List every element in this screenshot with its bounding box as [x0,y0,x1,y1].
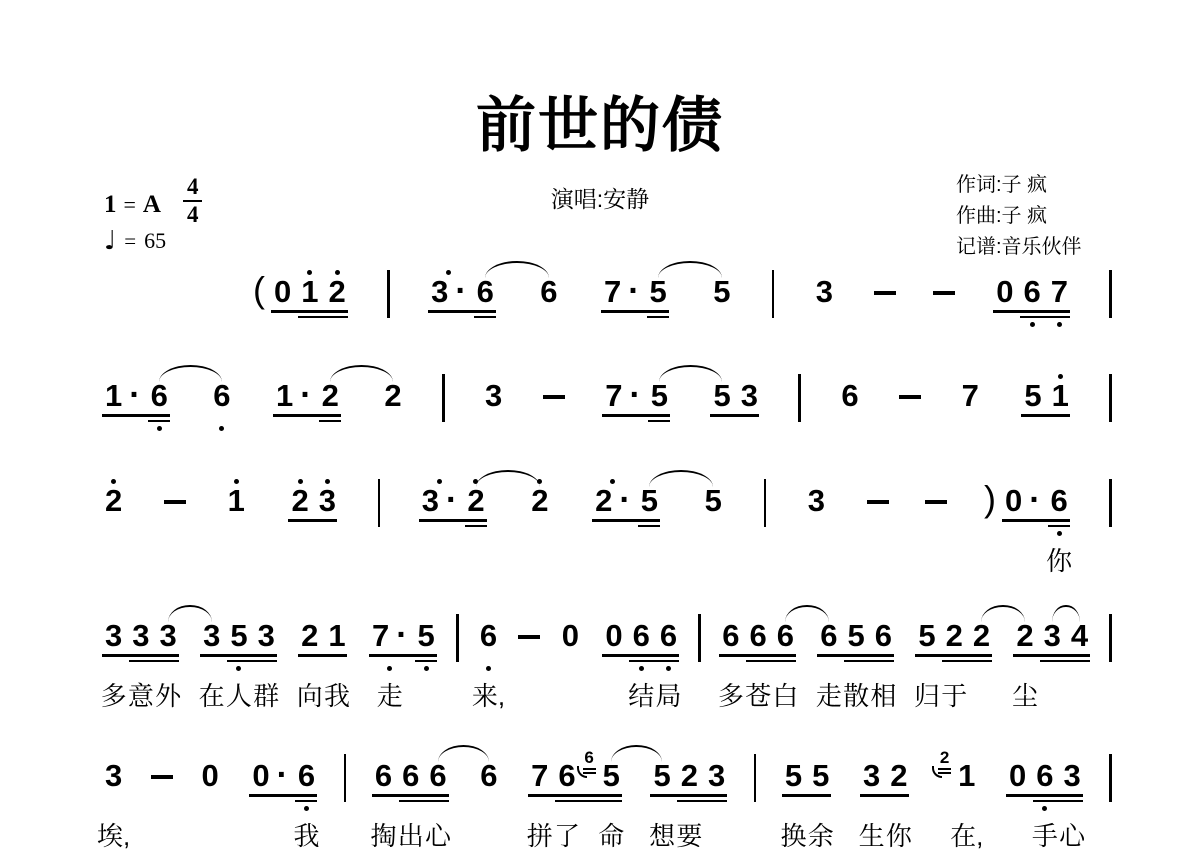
music-line: (0123·667·553067 [253,266,1112,331]
lyric: 于 [941,676,967,713]
beam-underline [369,654,437,657]
beam-underline [298,654,347,657]
note: 3心 [1059,750,1086,815]
note: 3 [703,750,730,815]
beam-underline [844,660,894,663]
beam-underline [1033,800,1083,803]
beam-underline [428,310,496,313]
note: 6你 [1046,475,1073,540]
note: 3 [314,475,341,540]
lyric: 你 [886,816,912,850]
lyric: 白 [772,676,798,713]
beam-underline [592,519,660,522]
note: 3 [480,370,507,435]
octave-dot-below [1030,322,1035,327]
beam-underline [295,800,317,803]
dash-note [933,291,955,295]
beam-underline [647,316,669,319]
beam-underline [319,420,341,423]
note: 6了 [553,750,580,815]
dash-note [543,395,565,399]
lyric: 外 [155,676,181,713]
tie-arc [438,745,489,762]
lyric: 意 [128,676,154,713]
beam-underline [1021,414,1070,417]
dash-note [518,635,540,639]
beam-underline [746,660,796,663]
lyric: 余 [808,816,834,850]
note: 0 [600,610,627,675]
beam-underline [993,310,1070,313]
note: 0 [1004,750,1031,815]
dash-note [925,500,947,504]
beam-underline [372,794,449,797]
note: 2 [286,475,313,540]
beam-underline [710,414,759,417]
note: 0 [196,750,223,815]
beam-underline [249,794,317,797]
beam-underline [817,654,894,657]
tie-arc [485,261,549,278]
lyric: 掏 [370,816,396,850]
lyric: 局 [655,676,681,713]
barline [378,479,381,527]
music-line: 1·661·2237·5536751 [100,370,1112,435]
tie-arc [476,470,540,487]
note: 3 [803,475,830,540]
note: 0 [557,610,584,675]
lyric: 尘 [1012,676,1038,713]
barline [442,374,445,422]
augmentation-dot: · [629,380,640,411]
lyric: 多 [101,676,127,713]
octave-dot-below [1057,531,1062,536]
note-group: 6 [836,370,863,435]
note: 2 [100,475,127,540]
tie-arc [659,365,722,382]
lyric: 散 [843,676,869,713]
note: 3埃, [100,750,127,815]
lyric: 出 [398,816,424,850]
note: 6来, [475,610,502,675]
note: 6掏 [370,750,397,815]
beam-underline [1013,654,1090,657]
lyric: 我 [324,676,350,713]
octave-dot-below [666,666,671,671]
lyric: 命 [598,816,624,850]
note: 6苍 [744,610,771,675]
note: 6 [836,370,863,435]
paren: ( [253,272,265,308]
note: 3多 [100,610,127,675]
note: 6多 [717,610,744,675]
octave-dot-below [304,806,309,811]
octave-dot-below [1042,806,1047,811]
augmentation-dot: · [300,380,311,411]
augmentation-dot: · [396,620,407,651]
beam-underline [782,794,831,797]
note-group: 0 [196,750,223,815]
note: 6结 [628,610,655,675]
note: 5 [413,610,440,675]
lyric: 要 [676,816,702,850]
beam-underline [915,654,992,657]
beam-underline [555,800,622,803]
beam-underline [200,654,277,657]
note: 6 [1018,266,1045,331]
note: 6局 [655,610,682,675]
note-group: 6来, [475,610,502,675]
note-group: 1 [223,475,250,540]
beam-underline [602,414,670,417]
lyric: 人 [226,676,252,713]
music-line: 21233·222·553)0·6你 [100,475,1112,540]
lyric: 心 [1059,816,1085,850]
note-group: 3 [803,475,830,540]
note: 5人 [225,610,252,675]
octave-dot-below [157,426,162,431]
beam-underline [129,660,179,663]
note-group: 7 [957,370,984,435]
beam-underline [648,420,670,423]
dash-note [164,500,186,504]
beam-underline [288,519,337,522]
note: 2于 [941,610,968,675]
paren: ) [984,481,996,517]
beam-underline [1020,316,1070,319]
lyric: 走 [816,676,842,713]
beam-underline [227,660,277,663]
note-group: 3生2你 [858,750,913,815]
note-group: 7拼6了65命 [526,750,625,815]
sheet-music-page: 前世的债 演唱:安静 作词:子 疯 作曲:子 疯 记谱:音乐伙伴 1 = A 4… [0,0,1200,850]
note: 1· [100,370,146,435]
tie-arc [649,470,713,487]
beam-underline [1040,660,1090,663]
note: 1 [296,266,323,331]
barline [344,754,347,802]
octave-dot-below [486,666,491,671]
note: 5散 [843,610,870,675]
note-group: 21在, [936,750,980,815]
barline [1109,270,1112,318]
octave-dot-below [1057,322,1062,327]
note-group: 0 [557,610,584,675]
octave-dot-below [219,426,224,431]
dash-note [899,395,921,399]
music-line: 3埃,00·6我6掏6出6心67拼6了65命5想2要35换5余3生2你21在,0… [100,750,1112,815]
beam-underline [860,794,909,797]
note: 0· [247,750,293,815]
barline [456,614,459,662]
lyric: 你 [1046,541,1072,578]
lyric: 归 [914,676,940,713]
beam-underline [102,414,170,417]
lyric: 向 [297,676,323,713]
note-group: 51 [1019,370,1074,435]
note: 6手 [1031,750,1058,815]
lyric: 在, [950,816,983,850]
score-area: (0123·667·5530671·661·2237·553675121233·… [0,0,1200,850]
beam-underline [273,414,341,417]
note: 2你 [885,750,912,815]
tie-arc [1052,605,1079,622]
beam-underline [271,310,348,313]
beam-underline [601,310,669,313]
lyric: 想 [649,816,675,850]
beam-underline [638,525,660,528]
note: 3· [417,475,463,540]
augmentation-dot: · [1029,485,1040,516]
lyric: 拼 [527,816,553,850]
note: 1 [1047,370,1074,435]
lyric: 换 [781,816,807,850]
grace-slur [932,766,942,778]
beam-underline [474,316,496,319]
note: 3群 [253,610,280,675]
tie-arc [658,261,722,278]
barline [754,754,757,802]
octave-dot-below [424,666,429,671]
lyric: 结 [628,676,654,713]
dash-note [151,775,173,779]
note: 1· [271,370,317,435]
note: 7拼 [526,750,553,815]
augmentation-dot: · [277,760,288,791]
note: 6我 [293,750,320,815]
lyric: 苍 [745,676,771,713]
beam-underline [942,660,992,663]
note-group: 3 [811,266,838,331]
note-group: 23 [286,475,341,540]
note: 1 [223,475,250,540]
lyric: 我 [294,816,320,850]
barline [772,270,775,318]
barline [1109,374,1112,422]
beam-underline [1002,519,1070,522]
augmentation-dot: · [455,276,466,307]
beam-underline [415,660,437,663]
note: 0 [991,266,1018,331]
note-group: 06手3心 [1004,750,1086,815]
augmentation-dot: · [619,485,630,516]
tie-arc [159,365,222,382]
note: 7 [1046,266,1073,331]
dash-note [874,291,896,295]
grace-note: 2 [936,750,953,815]
tie-arc [330,365,393,382]
note-group: (012 [253,266,351,331]
beam-underline [528,794,622,797]
beam-underline [298,316,348,319]
note: 3· [426,266,472,331]
note: 1在, [953,750,980,815]
lyric: 走 [377,676,403,713]
note: 1我 [323,610,350,675]
note-group: 067 [991,266,1073,331]
note-group: )0·6你 [984,475,1073,540]
barline [798,374,801,422]
note: 3 [811,266,838,331]
grace-note: 6 [581,750,598,815]
lyric: 心 [425,816,451,850]
lyric: 了 [554,816,580,850]
augmentation-dot: · [129,380,140,411]
barline [387,270,390,318]
note: 2要 [676,750,703,815]
beam-underline [719,654,796,657]
note-group: 3埃, [100,750,127,815]
note: 5余 [807,750,834,815]
note: 6相 [870,610,897,675]
beam-underline [399,800,449,803]
lyric: 群 [253,676,279,713]
note: 6出 [397,750,424,815]
lyric: 多 [718,676,744,713]
note: 2 [324,266,351,331]
lyric: 相 [870,676,896,713]
augmentation-dot: · [446,485,457,516]
dash-note [867,500,889,504]
beam-underline [1006,794,1083,797]
note: 3意 [127,610,154,675]
barline [1109,479,1112,527]
beam-underline [148,420,170,423]
note-group: 5换5余 [780,750,835,815]
beam-underline [650,794,727,797]
note: 5 [1019,370,1046,435]
octave-dot-below [639,666,644,671]
note-group: 2向1我 [296,610,351,675]
lyric: 生 [859,816,885,850]
lyric: 手 [1032,816,1058,850]
note: 3生 [858,750,885,815]
note: 5换 [780,750,807,815]
tie-arc [168,605,212,622]
barline [764,479,767,527]
note-group: 2 [100,475,127,540]
tie-arc [611,745,662,762]
barline [1109,614,1112,662]
note: 3 [736,370,763,435]
beam-underline [102,654,179,657]
note: 2· [590,475,636,540]
note: 5归 [913,610,940,675]
beam-underline [677,800,727,803]
barline [698,614,701,662]
note: 7· [600,370,646,435]
note-group: 06结6局 [600,610,682,675]
beam-underline [602,654,679,657]
beam-underline [629,660,679,663]
lyric: 来, [472,676,505,713]
note: 0 [269,266,296,331]
note: 2向 [296,610,323,675]
tie-arc [981,605,1025,622]
beam-underline [419,519,487,522]
augmentation-dot: · [628,276,639,307]
octave-dot-below [236,666,241,671]
note: 7 [957,370,984,435]
beam-underline [1048,525,1070,528]
lyric: 埃, [97,816,130,850]
note-group: 3 [480,370,507,435]
barline [1109,754,1112,802]
lyric: 在 [199,676,225,713]
note: 0· [1000,475,1046,540]
note: 7·走 [367,610,413,675]
music-line: 3多3意3外3在5人3群2向1我7·走56来,006结6局6多6苍6白6走5散6… [100,610,1112,675]
tie-arc [785,605,829,622]
note: 7· [599,266,645,331]
note-group: 7·走5 [367,610,440,675]
octave-dot-below [387,666,392,671]
beam-underline [465,525,487,528]
note-group: 0·6我 [247,750,320,815]
